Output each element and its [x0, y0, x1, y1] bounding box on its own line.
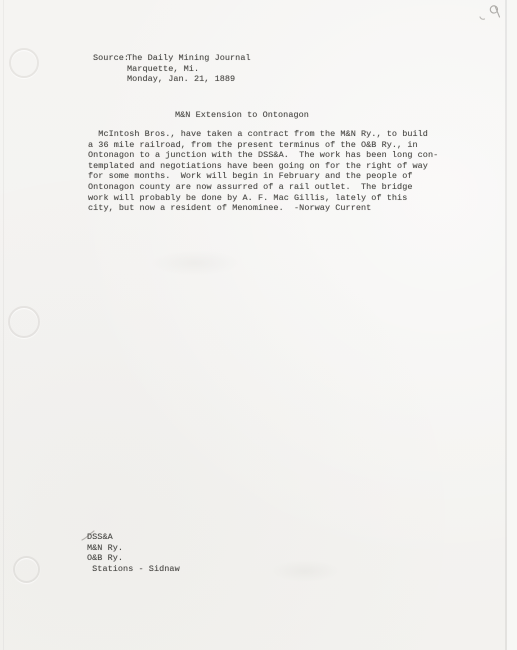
punch-hole-middle: [8, 306, 40, 338]
article-title: M&N Extension to Ontonagon: [175, 110, 309, 121]
pencil-note-icon: [470, 0, 512, 32]
page-edge-shadow-right: [505, 0, 507, 650]
scanned-document-page: Source: The Daily Mining Journal Marquet…: [0, 0, 517, 650]
scan-smudge: [270, 560, 340, 582]
scan-smudge: [150, 250, 240, 276]
source-label: Source:: [93, 53, 129, 64]
punch-hole-top: [9, 48, 39, 78]
page-edge-shadow-left: [3, 0, 4, 650]
punch-hole-bottom: [13, 556, 40, 583]
index-keyword-list: DSS&A M&N Ry. O&B Ry. Stations - Sidnaw: [87, 532, 180, 574]
source-citation: The Daily Mining Journal Marquette, Mi. …: [127, 53, 251, 85]
article-body: McIntosh Bros., have taken a contract fr…: [88, 129, 438, 214]
scan-right-margin: [507, 0, 517, 650]
